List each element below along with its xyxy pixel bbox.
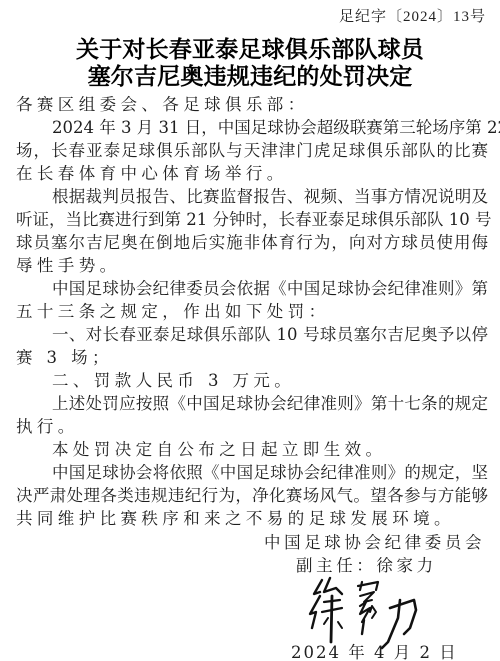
body-line: 中国足球协会将依照《中国足球协会纪律准则》的规定，坚 <box>16 461 488 484</box>
body-line: 球员塞尔吉尼奥在倒地后实施非体育行为，向对方球员使用侮 <box>16 231 488 254</box>
document-body: 各赛区组委会、各足球俱乐部： 2024 年 3 月 31 日，中国足球协会超级联… <box>16 93 488 530</box>
body-line: 共同维护比赛秩序和来之不易的足球发展环境。 <box>16 507 488 530</box>
issuing-organization: 中国足球协会纪律委员会 <box>264 529 485 553</box>
body-line: 根据裁判员报告、比赛监督报告、视频、当事方情况说明及 <box>16 185 488 208</box>
body-line: 本处罚决定自公布之日起立即生效。 <box>16 438 488 461</box>
body-line: 听证，当比赛进行到第 21 分钟时，长春亚泰足球俱乐部队 10 号 <box>16 208 488 231</box>
body-line: 2024 年 3 月 31 日，中国足球协会超级联赛第三轮场序第 22 <box>16 116 488 139</box>
body-line: 二、罚款人民币 3 万元。 <box>16 369 488 392</box>
document-number: 足纪字〔2024〕13号 <box>339 5 486 26</box>
body-line: 在长春体育中心体育场举行。 <box>16 162 488 185</box>
document-date: 2024 年 4 月 2 日 <box>291 639 458 661</box>
body-line: 辱性手势。 <box>16 254 488 277</box>
body-line: 中国足球协会纪律委员会依据《中国足球协会纪律准则》第 <box>16 277 488 300</box>
body-line: 赛 3 场； <box>16 346 488 369</box>
body-line: 五十三条之规定，作出如下处罚： <box>16 300 488 323</box>
body-line: 上述处罚应按照《中国足球协会纪律准则》第十七条的规定 <box>16 392 488 415</box>
salutation: 各赛区组委会、各足球俱乐部： <box>16 93 488 116</box>
body-line: 场，长春亚泰足球俱乐部队与天津津门虎足球俱乐部队的比赛 <box>16 139 488 162</box>
body-line: 一、对长春亚泰足球俱乐部队 10 号球员塞尔吉尼奥予以停 <box>16 323 488 346</box>
document-title-line-2: 塞尔吉尼奥违规违纪的处罚决定 <box>0 58 500 91</box>
body-line: 决严肃处理各类违规违纪行为，净化赛场风气。望各参与方能够 <box>16 484 488 507</box>
body-line: 执行。 <box>16 415 488 438</box>
